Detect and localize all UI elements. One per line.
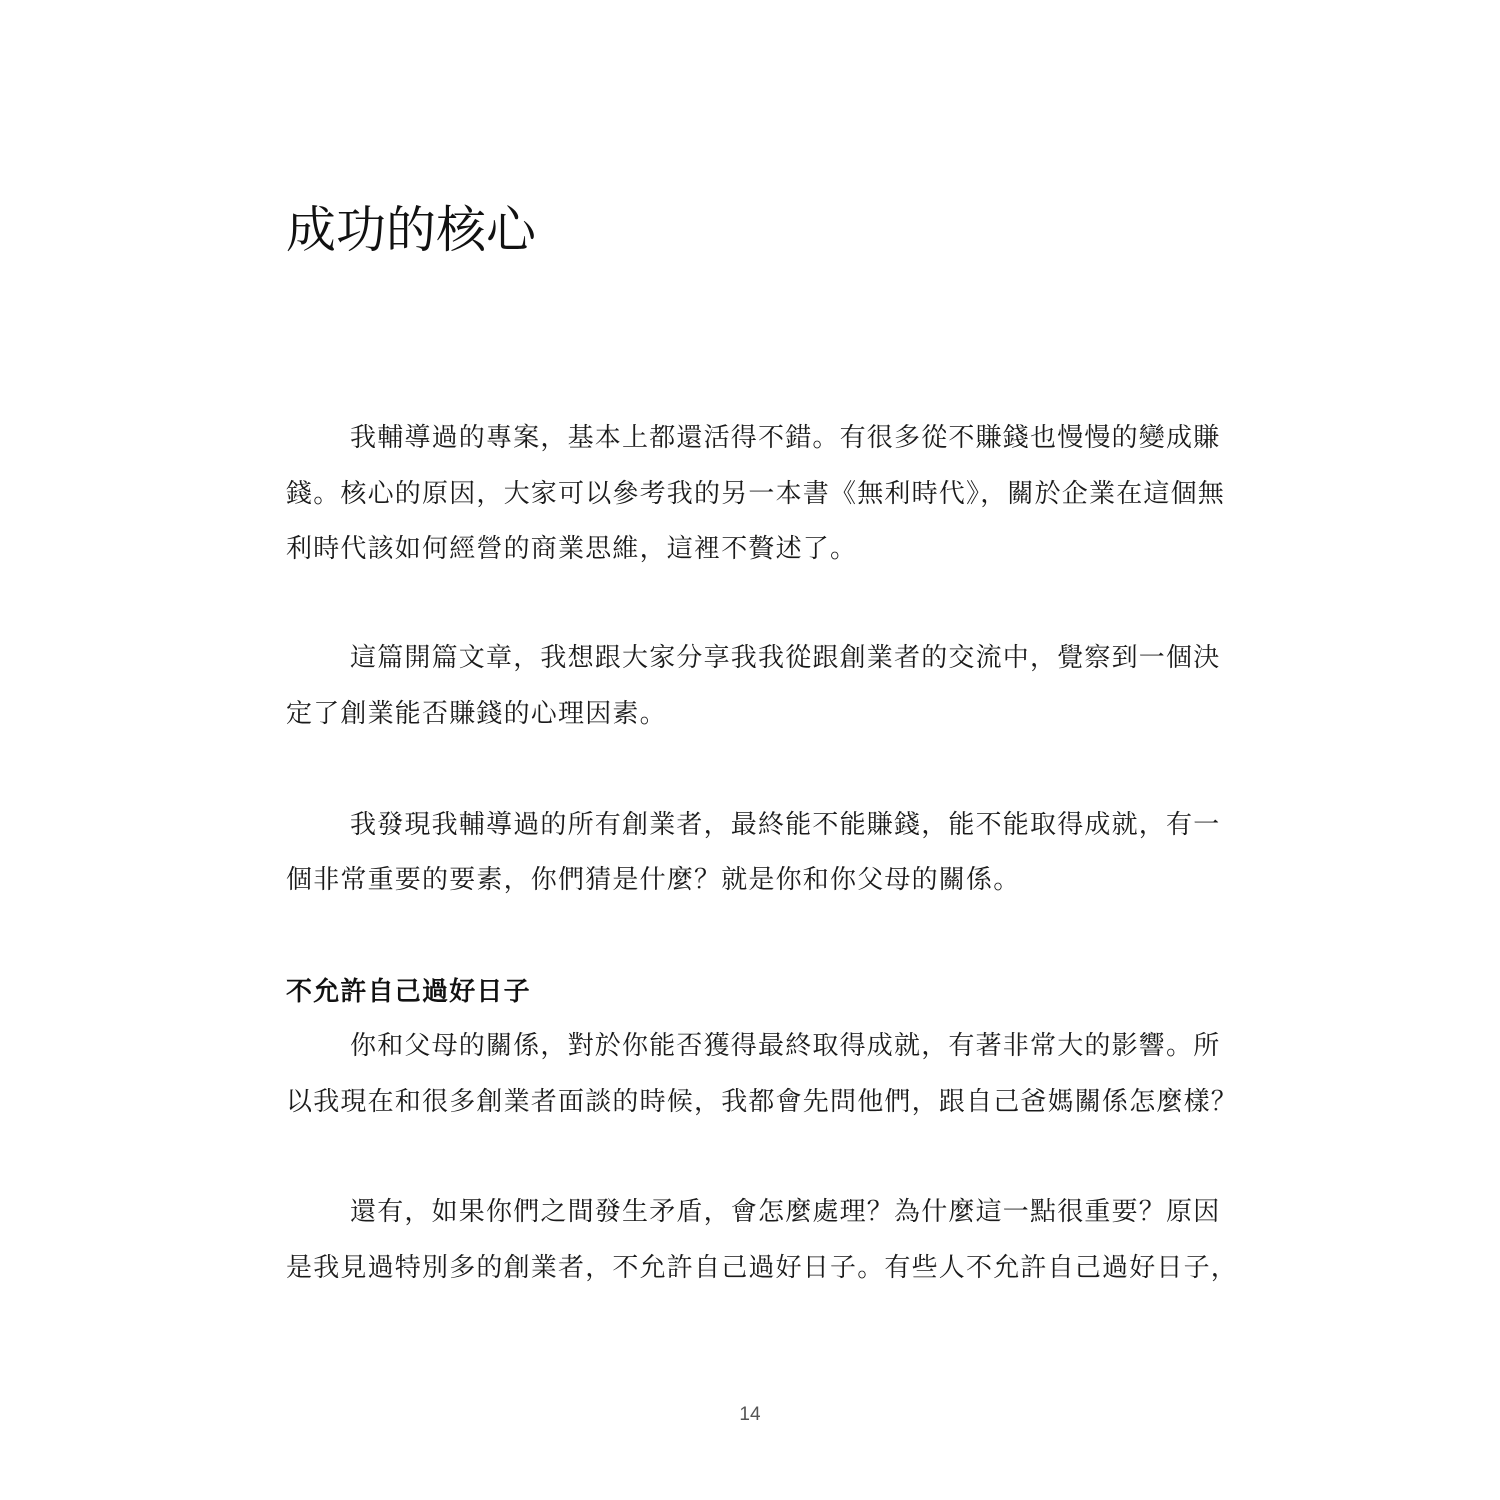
section-heading: 不允許自己過好日子 [286, 974, 531, 1010]
page-number: 14 [0, 1404, 1500, 1426]
text-line: 個非常重要的要素，你們猜是什麼？就是你和你父母的關係。 [286, 862, 1216, 898]
text-line: 這篇開篇文章，我想跟大家分享我我從跟創業者的交流中，覺察到一個決 [350, 640, 1216, 676]
chapter-title: 成功的核心 [286, 196, 536, 264]
text-line: 我輔導過的專案，基本上都還活得不錯。有很多從不賺錢也慢慢的變成賺 [350, 420, 1216, 456]
text-line: 我發現我輔導過的所有創業者，最終能不能賺錢，能不能取得成就，有一 [350, 807, 1216, 843]
text-line: 還有，如果你們之間發生矛盾，會怎麼處理？為什麼這一點很重要？原因 [350, 1194, 1216, 1230]
text-line: 定了創業能否賺錢的心理因素。 [286, 696, 1216, 732]
text-line: 以我現在和很多創業者面談的時候，我都會先問他們，跟自己爸媽關係怎麼樣？ [286, 1084, 1216, 1120]
text-line: 是我見過特別多的創業者，不允許自己過好日子。有些人不允許自己過好日子， [286, 1250, 1216, 1286]
document-page: 成功的核心 我輔導過的專案，基本上都還活得不錯。有很多從不賺錢也慢慢的變成賺 錢… [0, 0, 1500, 1500]
text-line: 你和父母的關係，對於你能否獲得最終取得成就，有著非常大的影響。所 [350, 1028, 1216, 1064]
text-line: 錢。核心的原因，大家可以參考我的另一本書《無利時代》，關於企業在這個無 [286, 476, 1216, 512]
text-line: 利時代該如何經營的商業思維，這裡不贅述了。 [286, 531, 1216, 567]
